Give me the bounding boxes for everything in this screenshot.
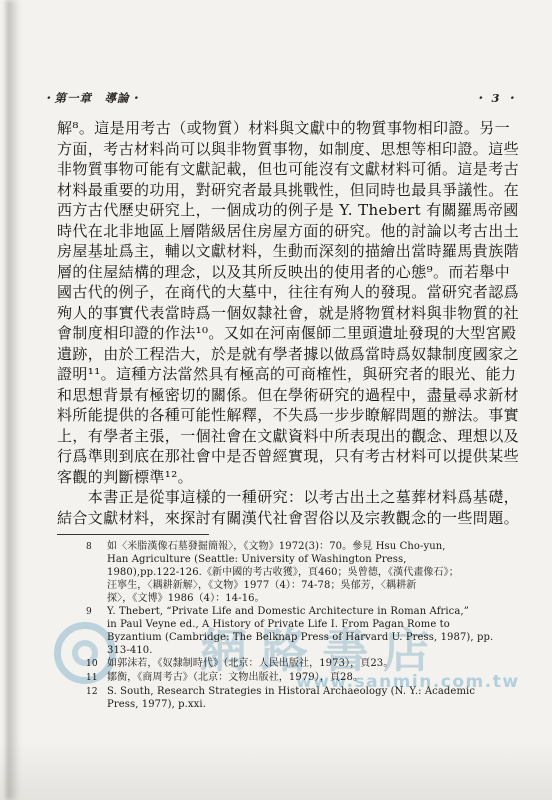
footnote-text: S. South, Research Strategies in Histora… <box>107 685 520 711</box>
footnote-line: S. South, Research Strategies in Histora… <box>107 686 475 697</box>
footnote-text: 如〈米脂漢像石墓發掘簡報〉，《文物》1972(3)：70。參見 Hsu Cho-… <box>107 540 520 605</box>
body-line: 會制度相印證的作法¹⁰。又如在河南偃師二里頭遺址發現的大型宮殿 <box>57 323 519 344</box>
footnote-line: Byzantium (Cambridge: The Belknap Press … <box>107 632 493 643</box>
body-line: 層的住屋結構的理念，以及其所反映出的使用者的心態⁹。而若舉中 <box>57 262 519 283</box>
chapter-title: ・第一章 導論・ <box>42 90 142 106</box>
body-line: 時代在北非地區上層階級居住房屋方面的研究。他的討論以考古出土 <box>57 221 519 242</box>
body-line: 上，有學者主張，一個社會在文獻資料中所表現出的觀念、理想以及 <box>57 426 519 447</box>
footnote-12: 12 S. South, Research Strategies in Hist… <box>86 685 520 711</box>
footnote-line: 如郭沫若，《奴隸制時代》（北京：人民出版社，1973），頁23。 <box>107 658 393 669</box>
body-line: 房屋基址爲主，輔以文獻材料，生動而深刻的描繪出當時羅馬貴族階 <box>57 241 519 262</box>
footnote-line: in Paul Veyne ed., A History of Private … <box>107 619 450 630</box>
footnote-number: 10 <box>86 657 107 671</box>
body-line: 行爲準則到底在那社會中是否曾經實現，只有考古材料可以提供某些 <box>57 446 519 467</box>
body-line: 國古代的例子，在商代的大墓中，往往有殉人的發現。當研究者認爲 <box>57 282 519 303</box>
footnote-line: Press, 1977), p.xxi. <box>107 699 206 710</box>
footnote-line: Y. Thebert, “Private Life and Domestic A… <box>107 606 469 617</box>
body-line: 結合文獻材料，來探討有關漢代社會習俗以及宗教觀念的一些問題。 <box>57 508 519 529</box>
footnote-9: 9 Y. Thebert, “Private Life and Domestic… <box>86 605 520 657</box>
body-line: 方面，考古材料尚可以與非物質事物，如制度、思想等相印證。這些 <box>57 139 519 160</box>
body-line: 遺跡，由於工程浩大，於是就有學者據以做爲當時爲奴隸制度國家之 <box>57 344 519 365</box>
scan-edge-shadow <box>6 0 20 800</box>
body-line: 殉人的事實代表當時爲一個奴隸社會，就是將物質材料與非物質的社 <box>57 303 519 324</box>
body-line: 材料最重要的功用，對研究者最具挑戰性，但同時也最具爭議性。在 <box>57 180 519 201</box>
footnote-line: Han Agriculture (Seattle: University of … <box>107 554 407 565</box>
page-number: ・ 3 ・ <box>474 90 518 106</box>
footnote-line: 鄒衡，《商周考古》（北京：文物出版社，1979），頁28。 <box>107 672 363 683</box>
footnote-text: Y. Thebert, “Private Life and Domestic A… <box>107 605 520 657</box>
footnote-text: 鄒衡，《商周考古》（北京：文物出版社，1979），頁28。 <box>107 671 520 685</box>
body-line: 客觀的判斷標準¹²。 <box>57 467 519 488</box>
body-line: 證明¹¹。這種方法當然具有極高的可商榷性，與研究者的眼光、能力 <box>57 364 519 385</box>
footnote-line: 探〉，《文博》1986（4）：14-16。 <box>107 593 265 604</box>
footnote-line: 1980),pp.122-126.《新中國的考古收獲》，頁460；吳曾德，《漢代… <box>107 567 459 578</box>
footnotes: 8 如〈米脂漢像石墓發掘簡報〉，《文物》1972(3)：70。參見 Hsu Ch… <box>86 540 520 711</box>
footnote-8: 8 如〈米脂漢像石墓發掘簡報〉，《文物》1972(3)：70。參見 Hsu Ch… <box>86 540 520 605</box>
body-text: 解⁸。這是用考古（或物質）材料與文獻中的物質事物相印證。另一 方面，考古材料尚可… <box>57 118 519 528</box>
footnote-number: 11 <box>86 671 107 685</box>
scanned-book-page: ・第一章 導論・ ・ 3 ・ 解⁸。這是用考古（或物質）材料與文獻中的物質事物相… <box>0 0 552 800</box>
scan-bottom-shading <box>0 740 552 800</box>
footnote-number: 8 <box>86 540 107 605</box>
footnote-text: 如郭沫若，《奴隸制時代》（北京：人民出版社，1973），頁23。 <box>107 657 520 671</box>
footnote-number: 9 <box>86 605 107 657</box>
footnote-10: 10 如郭沫若，《奴隸制時代》（北京：人民出版社，1973），頁23。 <box>86 657 520 671</box>
body-line: 料所能提供的各種可能性解釋，不失爲一步步瞭解問題的辦法。事實 <box>57 405 519 426</box>
body-line: 本書正是從事這樣的一種研究：以考古出土之墓葬材料爲基礎， <box>57 487 519 508</box>
body-line: 和思想背景有極密切的關係。但在學術研究的過程中，盡量尋求新材 <box>57 385 519 406</box>
footnote-line: 汪寧生，〈耦耕新解〉，《文物》1977（4）：74-78；吳郁芳，〈耦耕新 <box>107 580 416 591</box>
footnote-line: 313-410. <box>107 645 153 656</box>
body-line: 西方古代歷史研究上，一個成功的例子是 Y. Thebert 有關羅馬帝國 <box>57 200 519 221</box>
body-line: 非物質事物可能有文獻記載，但也可能沒有文獻材料可循。這是考古 <box>57 159 519 180</box>
body-line: 解⁸。這是用考古（或物質）材料與文獻中的物質事物相印證。另一 <box>57 118 519 139</box>
footnote-line: 如〈米脂漢像石墓發掘簡報〉，《文物》1972(3)：70。參見 Hsu Cho-… <box>107 541 446 552</box>
running-header: ・第一章 導論・ ・ 3 ・ <box>42 90 518 106</box>
footnote-number: 12 <box>86 685 107 711</box>
footnote-separator <box>57 534 209 535</box>
footnote-11: 11 鄒衡，《商周考古》（北京：文物出版社，1979），頁28。 <box>86 671 520 685</box>
